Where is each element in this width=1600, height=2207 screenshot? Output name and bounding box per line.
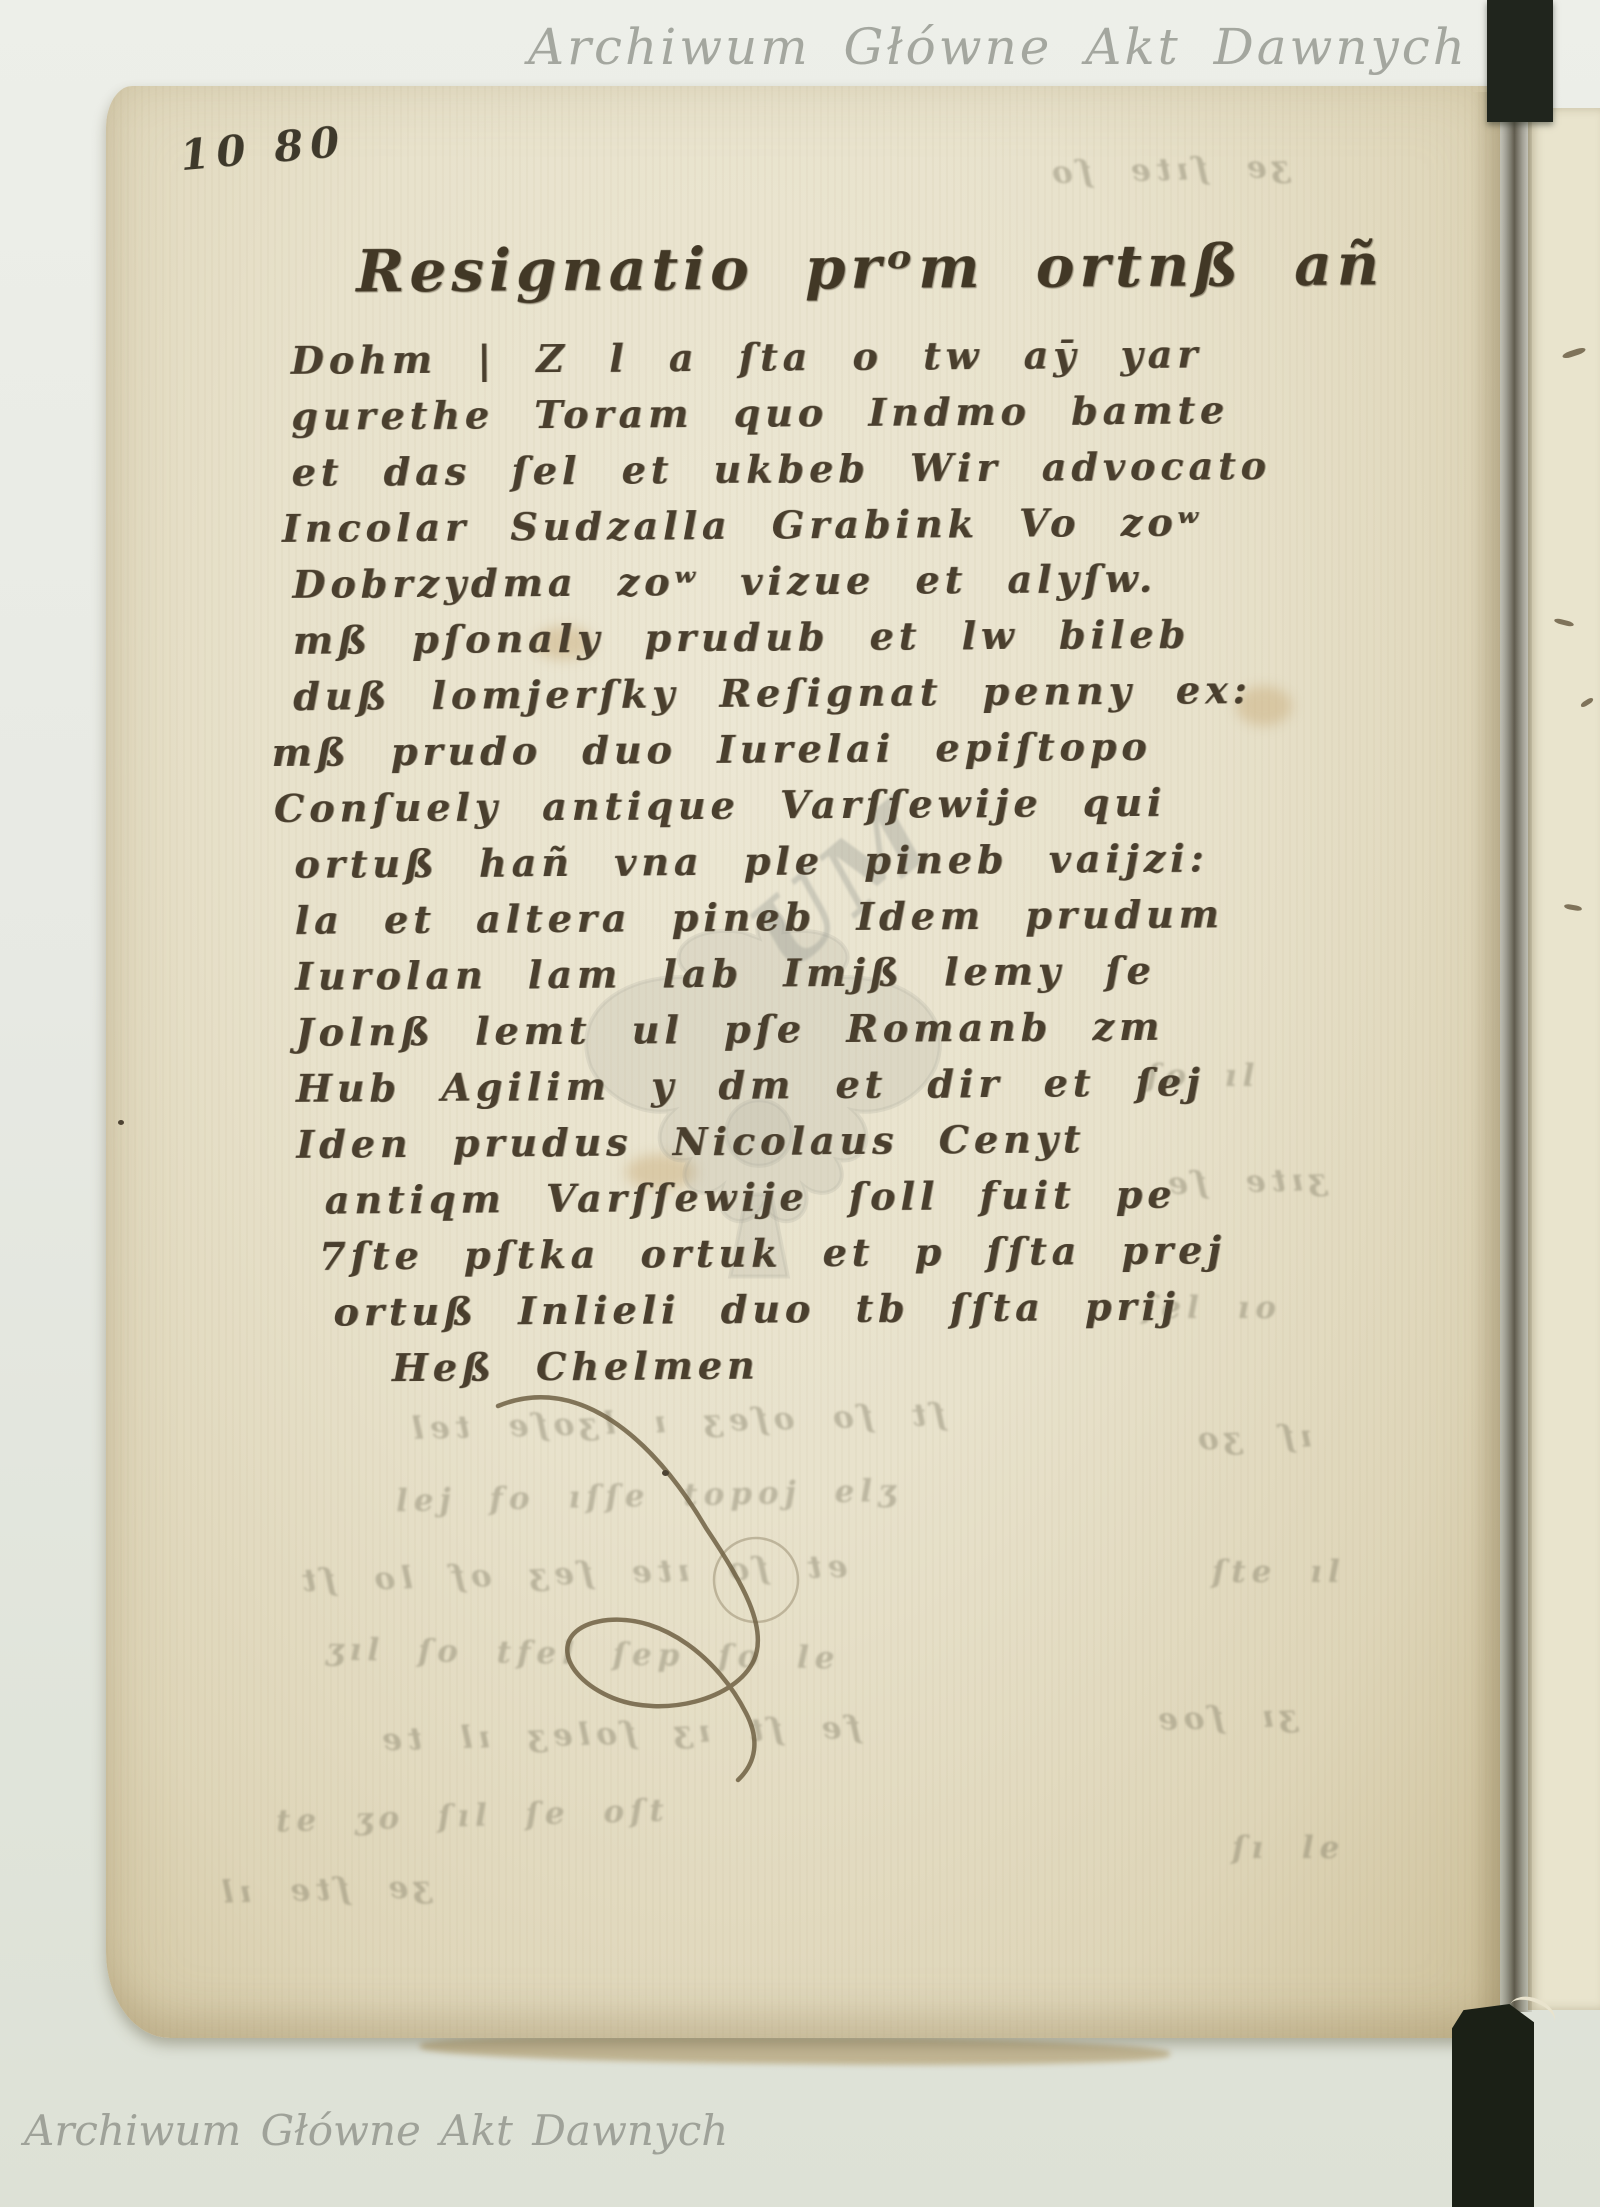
bleedthrough-line: ʒe ſıte ſo: [1046, 149, 1291, 191]
manuscript-line: Hub Agilim y dm et dir et ſej: [296, 1058, 1440, 1122]
manuscript-line: antiqm Varſſewije ſoll fuit pe: [325, 1170, 1441, 1234]
ink-speck: [118, 1120, 124, 1125]
manuscript-line: Dohm | Z l a ſta o tw aȳ yar: [291, 330, 1435, 394]
bleedthrough-line: ıſ ʒo: [1192, 1418, 1313, 1457]
ink-mark: [1564, 903, 1583, 911]
ink-mark: [1580, 697, 1595, 709]
page-gutter-shadow: [1500, 116, 1532, 2012]
manuscript-heading: Resignatio prᵒm ortnß añ: [356, 230, 1435, 338]
page-crease-shadow: [1472, 92, 1500, 2034]
manuscript-line: mß prudo duo Iurelai epiſtopo: [271, 722, 1437, 786]
manuscript-line: gurethe Toram quo Indmo bamte: [291, 386, 1435, 450]
manuscript-line: et das ſel et ukbeb Wir advocato: [291, 442, 1435, 506]
manuscript-text-block: Resignatio prᵒm ortnß añ Dohm | Z l a ſt…: [254, 230, 1442, 1402]
facing-page-edge: [1528, 108, 1600, 2010]
ink-speck: [662, 1470, 669, 1476]
manuscript-line: Dobrzydma zoʷ vizue et alyſw.: [292, 554, 1436, 618]
manuscript-line: Incolar Sudzalla Grabink Vo zoʷ: [282, 498, 1436, 562]
bleedthrough-line: ſı le: [1232, 1830, 1345, 1866]
manuscript-scan: UM ſt ſo oſeʒ ı lʒoſe tel lej fo ıſſe to…: [0, 0, 1600, 2207]
manuscript-line: mß pſonaly prudub et lw bileb: [293, 610, 1437, 674]
page-number: 10 80: [178, 117, 348, 180]
binding-strap-bottom: [1452, 2004, 1534, 2207]
ink-mark: [1562, 346, 1587, 359]
ink-mark: [1554, 618, 1575, 628]
manuscript-line: la et altera pineb Idem prudum: [295, 890, 1439, 954]
manuscript-line: duß lomjerſky Reſignat penny ex:: [293, 666, 1437, 730]
manuscript-line: 7ſte pſtka ortuk et p ſſta prej: [319, 1226, 1441, 1290]
manuscript-line: ortuß hañ vna ple pineb vaijzi:: [294, 834, 1438, 898]
binding-strap-top: [1487, 0, 1553, 122]
manuscript-line: Conſuely antique Varſſewije qui: [274, 778, 1438, 842]
bleedthrough-line: ſte ıl: [1212, 1554, 1346, 1590]
manuscript-line: Iden prudus Nicolaus Cenyt: [296, 1114, 1440, 1178]
pen-flourish: [438, 1368, 1178, 1818]
manuscript-line: Jolnß lemt ul pſe Romanb zm: [295, 1002, 1439, 1066]
manuscript-line: ortuß Inlieli duo tb ſſta prij: [333, 1282, 1441, 1346]
manuscript-page: UM ſt ſo oſeʒ ı lʒoſe tel lej fo ıſſe to…: [106, 86, 1500, 2038]
archive-watermark-bottom: Archiwum Główne Akt Dawnych: [24, 2106, 728, 2155]
archive-watermark-top: Archiwum Główne Akt Dawnych: [528, 18, 1468, 76]
manuscript-line: Iurolan lam lab Imjß lemy ſe: [295, 946, 1439, 1010]
bleedthrough-line: ʒe ſte ıl: [216, 1869, 433, 1911]
